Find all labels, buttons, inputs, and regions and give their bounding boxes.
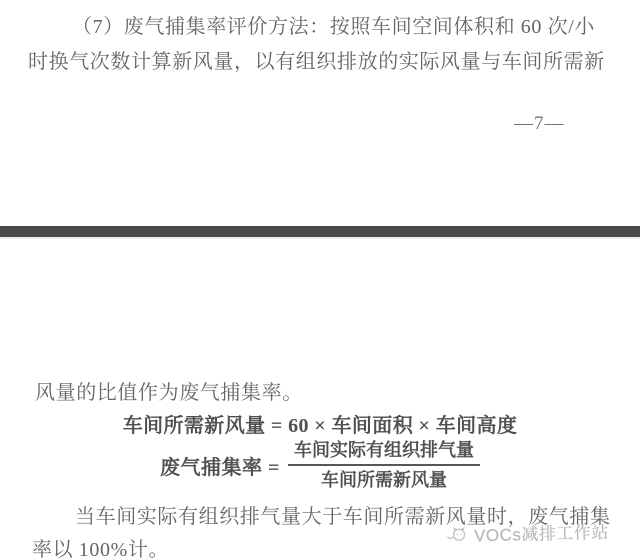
fraction-numerator: 车间实际有组织排气量 [288,438,480,466]
formula-capture-rate: 废气捕集率 = 车间实际有组织排气量 车间所需新风量 [35,436,605,494]
page-number: —7— [514,113,565,135]
page-divider-shadow [0,237,640,239]
bottom-intro-line: 风量的比值作为废气捕集率。 [35,376,303,405]
watermark: VOCs减排工作站 [446,518,609,547]
document-scan-page: （7）废气捕集率评价方法：按照车间空间体积和 60 次/小 时换气次数计算新风量… [0,0,640,560]
page-divider-bar [0,226,640,237]
closing-paragraph-line-2: 率以 100%计。 [32,533,169,560]
formula-new-air-volume: 车间所需新风量 = 60 × 车间面积 × 车间高度 [35,409,605,438]
fraction-denominator: 车间所需新风量 [288,466,480,492]
top-paragraph-line-2: 时换气次数计算新风量，以有组织排放的实际风量与车间所需新 [28,45,605,74]
formula-capture-lhs: 废气捕集率 = [160,451,280,480]
cat-logo-icon [446,524,471,545]
watermark-text: VOCs减排工作站 [474,518,609,547]
formula-capture-fraction: 车间实际有组织排气量 车间所需新风量 [288,438,480,493]
top-paragraph-line-1: （7）废气捕集率评价方法：按照车间空间体积和 60 次/小 [72,10,595,39]
